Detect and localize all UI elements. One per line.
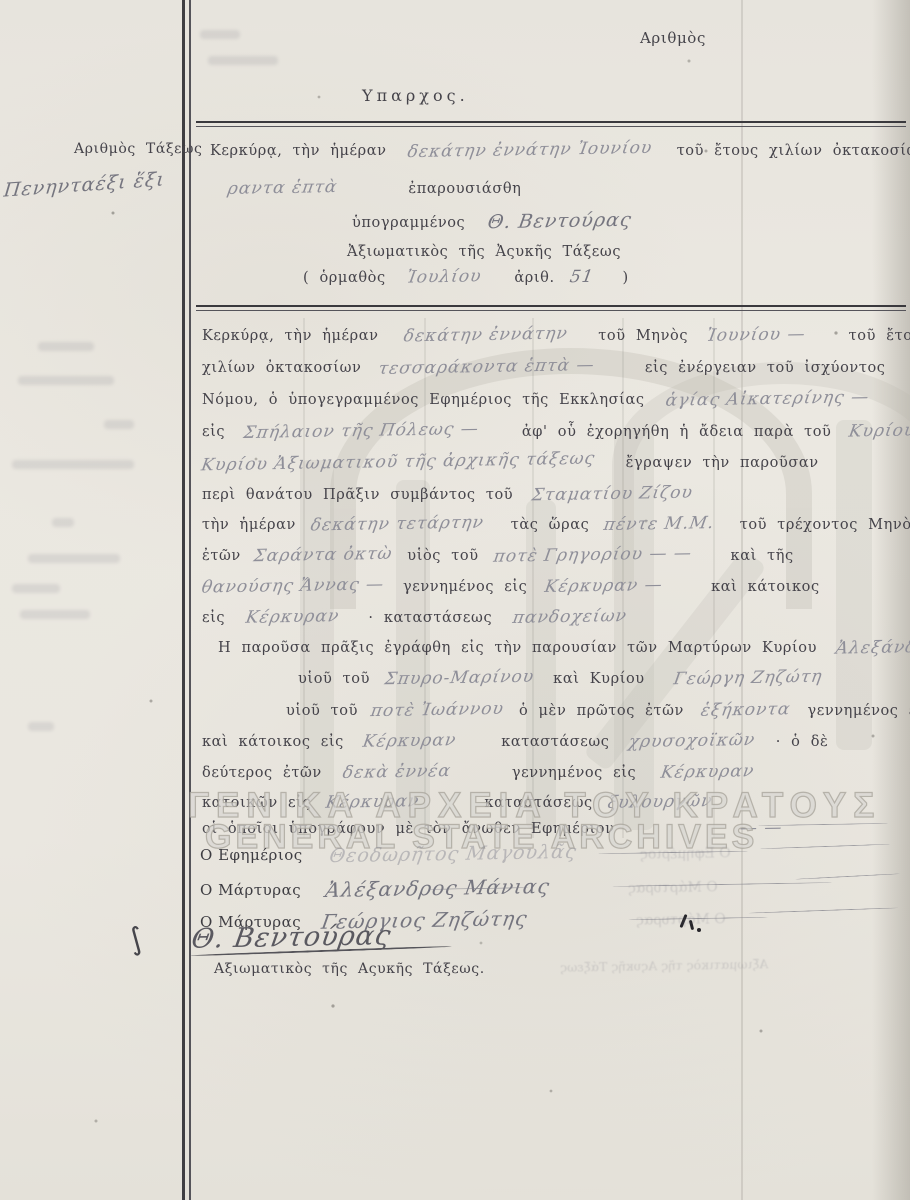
handwritten-text: Ἰουνίου —: [705, 324, 807, 346]
bleed-through-mark: [28, 554, 120, 563]
handwritten-text: δεκὰ ἐννέα: [341, 761, 452, 783]
signature-handwritten: Θεοδωρῆτος Μαγουλᾶς: [328, 841, 579, 867]
officer-caption: Αξιωματικὸς τῆς Αςυκῆς Τάξεως.: [214, 958, 485, 977]
act-line: Κυρίου Ἀξιωματικοῦ τῆς ἀρχικῆς τάξεως ἔγ…: [202, 452, 819, 472]
top-horizontal-rule-2: [196, 126, 906, 127]
act-line: τὴν ἡμέραν δεκάτην τετάρτην τὰς ὥρας πέν…: [202, 514, 910, 534]
scanned-death-record-page: Αριθμὸς Υπαρχος. Αριθμὸς Τάξεως Πενηνταέ…: [0, 0, 910, 1200]
bleed-through-mark: [12, 584, 60, 593]
page-title: Υπαρχος.: [362, 86, 469, 105]
handwritten-text: Κέρκυραν: [244, 606, 341, 628]
printed-text: περὶ θανάτου Πρᾶξιν συμβάντος τοῦ: [202, 487, 513, 503]
bleed-through-mark: [208, 56, 278, 65]
bleed-through-text: Ο Μάρτυρας: [636, 911, 726, 929]
printed-text: υἱοῦ τοῦ: [298, 671, 370, 687]
act-line: θανούσης Ἄννας — γεννημένος εἰς Κέρκυραν…: [202, 576, 820, 596]
paper-speckles: [0, 0, 2, 2]
handwritten-text: Σαράντα ὀκτὼ: [252, 544, 394, 566]
handwritten-text: ραντα ἑπτὰ: [226, 177, 339, 199]
handwritten-text: δεκάτην ἐννάτην: [402, 324, 569, 347]
bleed-through-mark: [12, 460, 134, 469]
left-margin-rule-inner: [189, 0, 191, 1200]
printed-text: γεννημένος εἰς: [512, 765, 636, 781]
bleed-through-mark: [18, 376, 114, 385]
printed-text: τοῦ ἔτους χιλίων ὀκτακοσίων: [677, 143, 910, 159]
bleed-through-mark: [104, 420, 134, 429]
bleed-through-mark: [52, 518, 74, 527]
handwritten-text: Ἀλεξάνδρου Μάνια: [834, 635, 910, 658]
act-line: υἱοῦ τοῦ Σπυρο-Μαρίνου καὶ Κυρίου Γεώργη…: [298, 668, 822, 688]
printed-text: καὶ κάτοικος: [711, 579, 820, 595]
printed-text: δεύτερος ἐτῶν: [202, 765, 322, 781]
pen-flourish-mark: ∫: [123, 920, 149, 958]
handwritten-text: ἑξήκοντα: [699, 699, 792, 721]
act-line: υἱοῦ τοῦ ποτὲ Ἰωάννου ὁ μὲν πρῶτος ἐτῶν …: [286, 700, 910, 720]
top-horizontal-rule: [196, 121, 906, 123]
page-edge-shading: [872, 0, 910, 1200]
handwritten-text: ἁγίας Αἰκατερίνης —: [664, 387, 871, 411]
attestation-line: ραντα ἑπτὰ ἐπαρουσιάσθη: [228, 178, 521, 198]
printed-text: καὶ Κυρίου: [553, 671, 645, 687]
ink-mark: [697, 928, 701, 932]
record-number-label: Αριθμὸς: [640, 29, 706, 47]
handwritten-text: Ἰουλίου: [405, 266, 483, 287]
signature-label: Ο Εφημέριος: [200, 846, 303, 864]
pen-dash: [760, 844, 890, 850]
printed-text: χιλίων ὀκτακοσίων: [202, 360, 361, 376]
printed-text: ὁ μὲν πρῶτος ἐτῶν: [519, 703, 684, 719]
handwritten-text: Σπυρο-Μαρίνου: [383, 667, 536, 690]
printed-text: τὴν ἡμέραν: [202, 517, 296, 533]
margin-order-label: Αριθμὸς Τάξεως: [74, 141, 203, 157]
printed-text: τὰς ὥρας: [511, 517, 590, 533]
printed-text: Κερκύρᾳ, τὴν ἡμέραν: [210, 143, 387, 159]
attestation-line: ὑπογραμμένος Θ. Βεντούρας: [352, 210, 632, 232]
handwritten-text: ποτὲ Γρηγορίου — —: [492, 543, 694, 566]
handwritten-text: Σταματίου Ζίζου: [530, 483, 694, 506]
bleed-through-mark: [200, 30, 240, 39]
printed-text: εἰς: [202, 424, 225, 440]
act-line: δεύτερος ἐτῶν δεκὰ ἐννέα γεννημένος εἰς …: [202, 762, 754, 782]
printed-text: · καταστάσεως: [368, 610, 492, 626]
printed-text: καὶ τῆς: [731, 548, 794, 564]
handwritten-text: θανούσης Ἄννας —: [200, 574, 386, 597]
handwritten-text: τεσσαράκοντα ἑπτὰ —: [377, 355, 596, 379]
section-horizontal-rule-2: [196, 310, 906, 311]
printed-text: ( ὁρμαθὸς: [303, 270, 386, 286]
printed-text: ἀφ' οὗ ἐχορηγήθη ἡ ἄδεια παρὰ τοῦ: [522, 424, 832, 440]
handwritten-text: Κυρίου Ἀξιωματικοῦ τῆς ἀρχικῆς τάξεως: [200, 449, 597, 476]
handwritten-text: δεκάτην ἐννάτην Ἰουνίου: [406, 138, 654, 162]
bleed-through-text: Ο Μάρτυρας: [628, 879, 718, 897]
left-margin-rule-outer: [182, 0, 185, 1200]
handwritten-signature: Θ. Βεντούρας: [486, 209, 633, 234]
printed-text: Κερκύρᾳ, τὴν ἡμέραν: [202, 328, 379, 344]
printed-text: ἐπαρουσιάσθη: [408, 181, 521, 197]
act-line: καὶ κάτοικος εἰς Κέρκυραν καταστάσεως χρ…: [202, 731, 828, 751]
bleed-through-mark: [20, 610, 90, 619]
margin-order-value-handwritten: Πενηνταέξι ἕξι: [3, 168, 166, 201]
bleed-through-text: Ο Εφημέριος: [640, 845, 731, 863]
printed-text: υἱὸς τοῦ: [407, 548, 478, 564]
handwritten-text: Γεώργη Ζηζώτη: [672, 667, 824, 690]
printed-text: ὑπογραμμένος: [352, 215, 465, 231]
printed-text: τοῦ Μηνὸς: [598, 328, 688, 344]
act-line: ἐτῶν Σαράντα ὀκτὼ υἱὸς τοῦ ποτὲ Γρηγορίο…: [202, 545, 794, 565]
act-line: χιλίων ὀκτακοσίων τεσσαράκοντα ἑπτὰ — εἰ…: [202, 357, 886, 377]
act-line: περὶ θανάτου Πρᾶξιν συμβάντος τοῦ Σταματ…: [202, 484, 693, 504]
printed-text: καὶ κάτοικος εἰς: [202, 734, 344, 750]
handwritten-text: πέντε Μ.Μ.: [603, 513, 717, 535]
printed-text: · ὁ δὲ: [776, 734, 829, 750]
handwritten-text: ποτὲ Ἰωάννου: [369, 699, 505, 721]
printed-text: εἰς ἐνέργειαν τοῦ ἰσχύοντος: [645, 360, 886, 376]
printed-text: Η παροῦσα πρᾶξις ἐγράφθη εἰς τὴν παρουσί…: [218, 640, 817, 656]
signature-row: Ο Εφημέριος Θεοδωρῆτος Μαγουλᾶς: [200, 843, 576, 865]
signature-label: Ο Μάρτυρας: [200, 881, 301, 899]
act-line: εἰς Κέρκυραν · καταστάσεως πανδοχείων: [202, 607, 627, 627]
act-line: εἰς Σπήλαιον τῆς Πόλεως — ἀφ' οὗ ἐχορηγή…: [202, 421, 910, 441]
printed-text: ἀριθ.: [514, 270, 554, 286]
handwritten-text: Σπήλαιον τῆς Πόλεως —: [242, 419, 480, 443]
bleed-through-mark: [38, 342, 94, 351]
handwritten-text: Κυρίου: [847, 420, 910, 441]
attestation-line: Ἀξιωματικὸς τῆς Ἀςυκῆς Τάξεως: [347, 241, 621, 260]
printed-text: γεννημένος εἰς: [403, 579, 527, 595]
printed-text: τοῦ ἔτους: [849, 328, 910, 344]
handwritten-text: Κέρκυραν: [660, 761, 757, 783]
handwritten-text: Κέρκυραν —: [543, 575, 664, 597]
printed-text: καταστάσεως: [501, 734, 609, 750]
section-horizontal-rule: [196, 305, 906, 307]
printed-text: ἐτῶν: [202, 548, 241, 564]
printed-text: ): [623, 270, 629, 286]
bleed-through-text: Αξιωματικὸς τῆς Αςυκῆς Τάξεως: [560, 956, 769, 975]
attestation-line: ( ὁρμαθὸς Ἰουλίου ἀριθ. 51 ): [303, 267, 629, 287]
act-line: Η παροῦσα πρᾶξις ἐγράφθη εἰς τὴν παρουσί…: [218, 637, 910, 657]
attestation-line: Κερκύρᾳ, τὴν ἡμέραν δεκάτην ἐννάτην Ἰουν…: [210, 140, 910, 160]
handwritten-text: 51: [568, 267, 595, 287]
printed-text: τοῦ τρέχοντος Μηνὸς καὶ ἔτους: [740, 517, 910, 533]
act-line: Κερκύρᾳ, τὴν ἡμέραν δεκάτην ἐννάτην τοῦ …: [202, 325, 910, 345]
handwritten-text: δεκάτην τετάρτην: [309, 512, 485, 535]
printed-text: υἱοῦ τοῦ: [286, 703, 358, 719]
act-line: Νόμου, ὁ ὑπογεγραμμένος Εφημέριος τῆς Εκ…: [202, 389, 869, 409]
printed-text: ἔγραψεν τὴν παροῦσαν: [626, 455, 819, 471]
handwritten-text: πανδοχείων: [512, 606, 629, 628]
printed-text: Αξιωματικὸς τῆς Αςυκῆς Τάξεως.: [214, 961, 485, 977]
printed-text: γεννημένος εἰς: [807, 703, 910, 719]
bleed-through-mark: [28, 722, 54, 731]
printed-text: εἰς: [202, 610, 225, 626]
printed-text: Νόμου, ὁ ὑπογεγραμμένος Εφημέριος τῆς Εκ…: [202, 392, 645, 408]
handwritten-text: Κέρκυραν: [361, 730, 458, 752]
handwritten-text: χρυσοχοϊκῶν: [627, 730, 757, 752]
printed-text: Ἀξιωματικὸς τῆς Ἀςυκῆς Τάξεως: [347, 244, 621, 260]
